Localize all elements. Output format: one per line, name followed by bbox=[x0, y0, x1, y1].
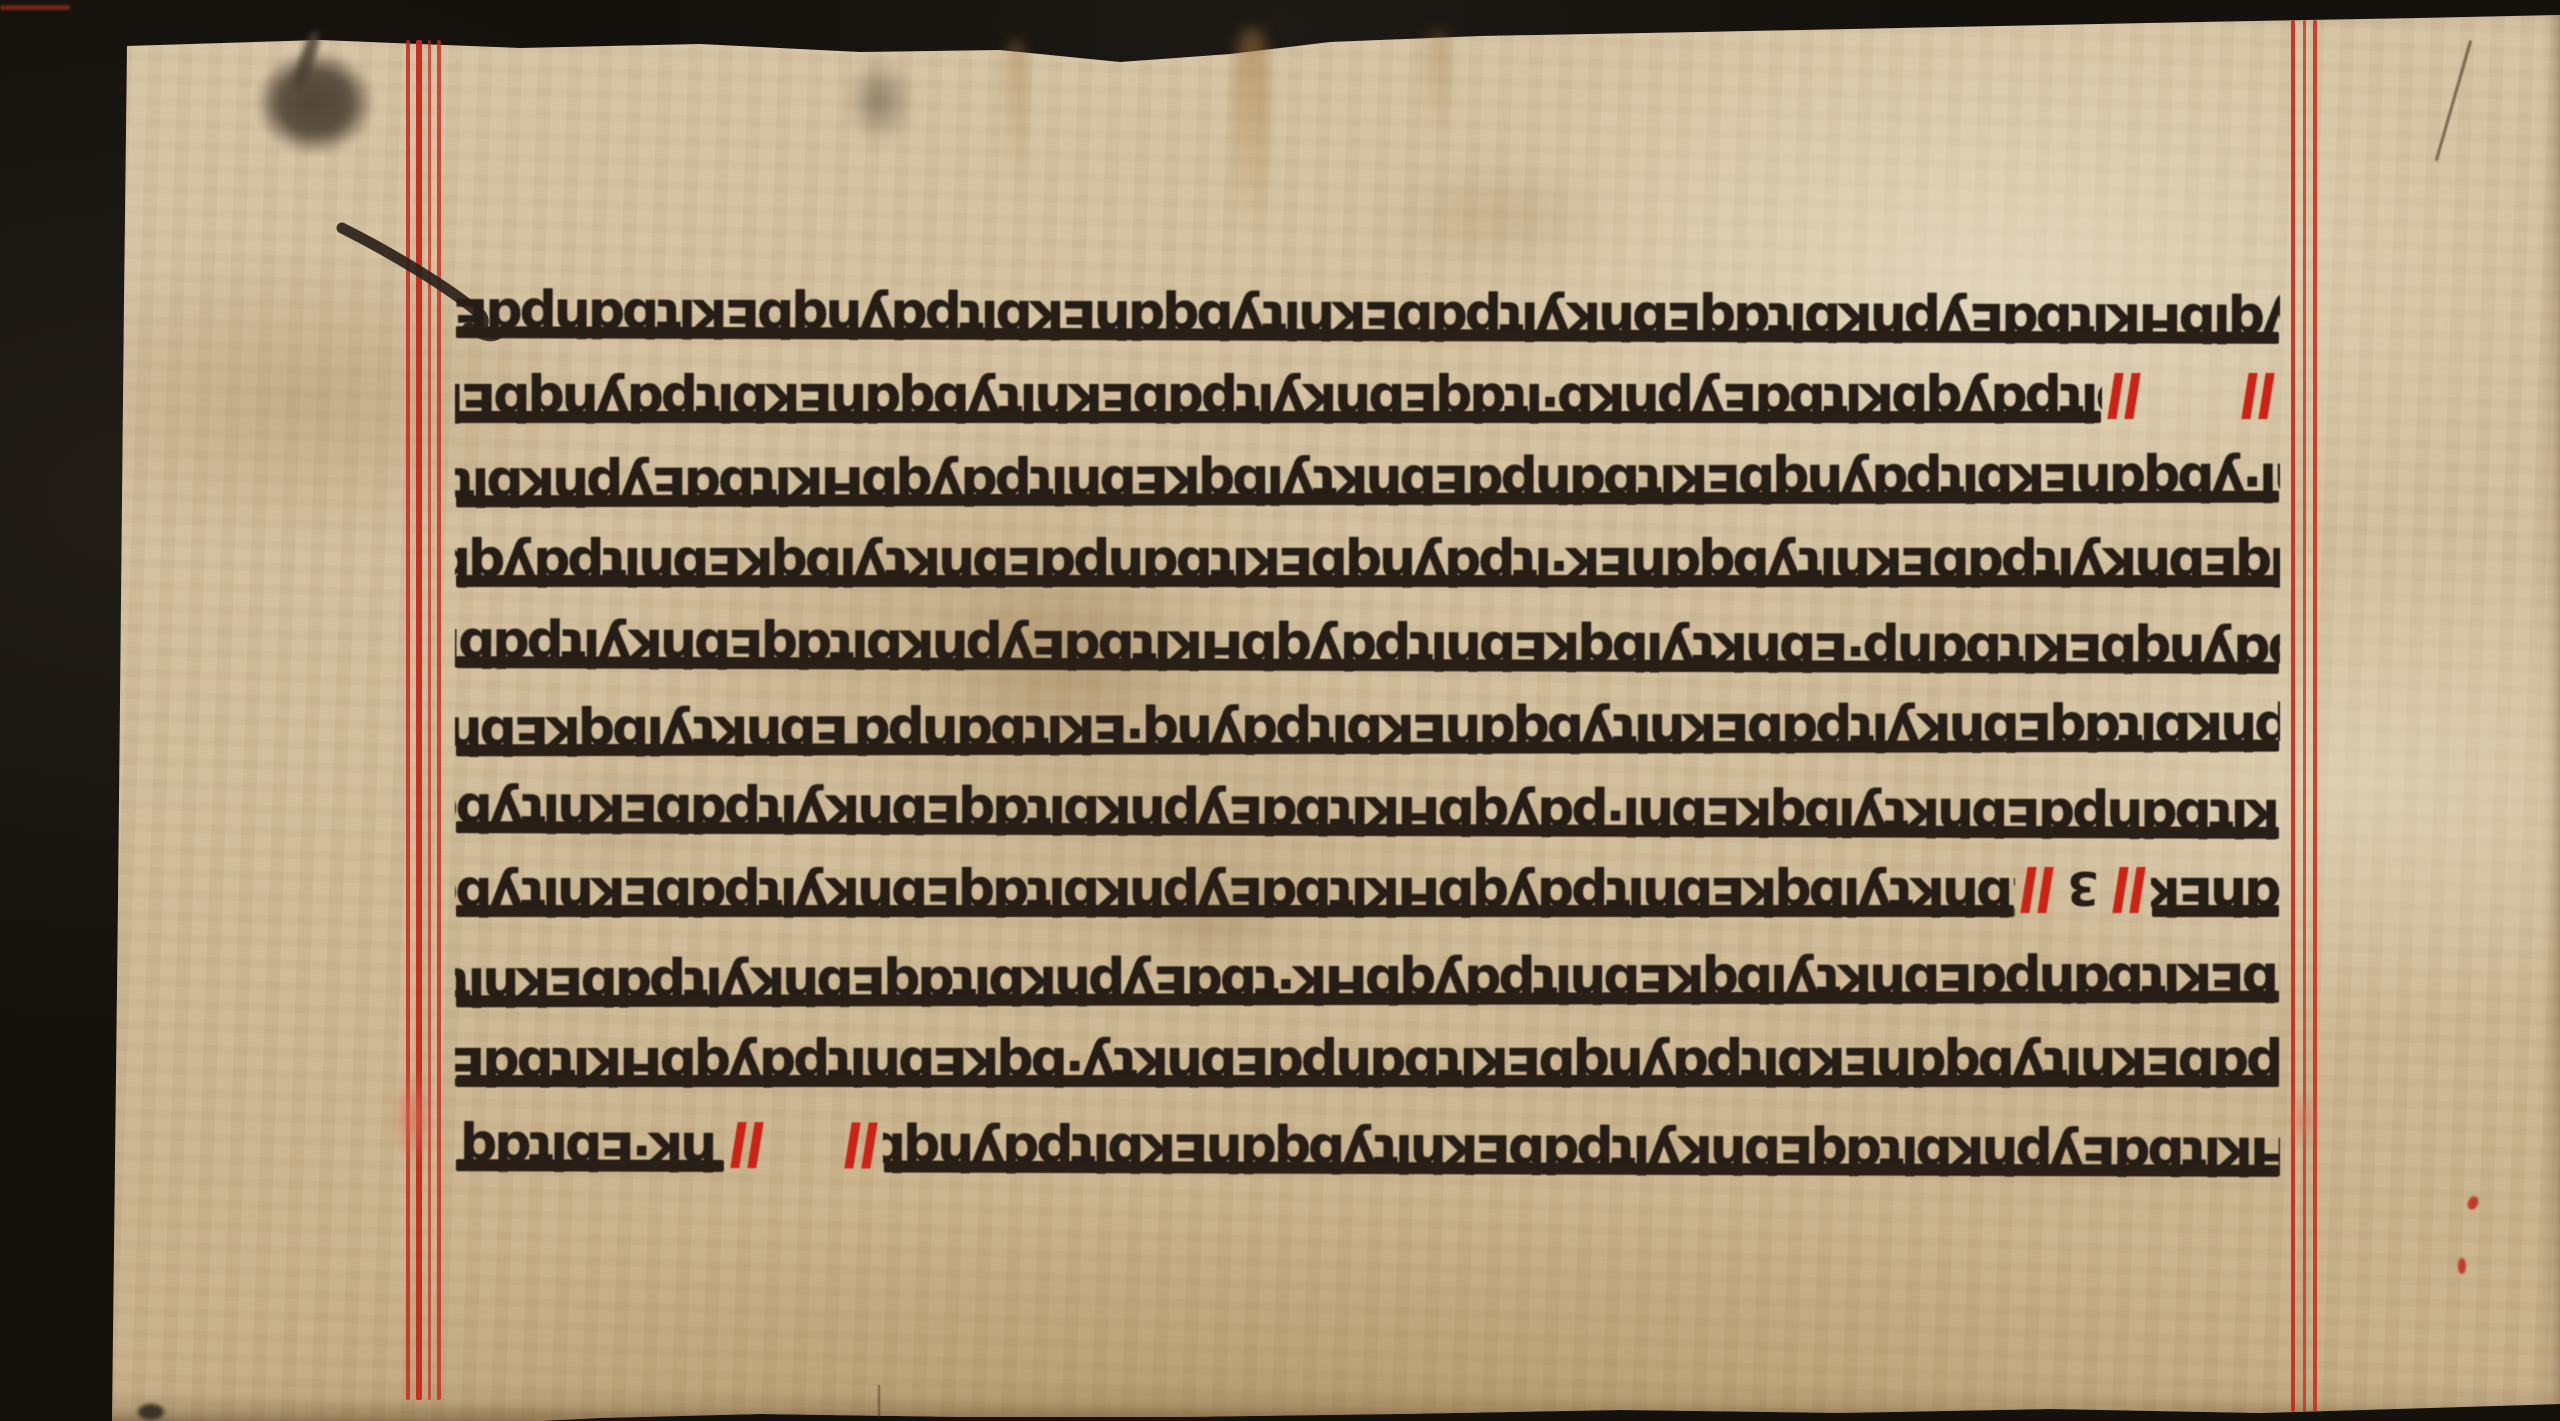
handwritten-glyph-run: ltpdbEkhl·ybqdhEkbltpdyhqbEkltbdhpdEbhkt… bbox=[455, 429, 2280, 518]
handwritten-glyph-run: EbhktylbqkEbhltpdyqbHkltbdEyphkbltdqEbhk… bbox=[455, 843, 2015, 927]
text-line: EbhktylbqkEbhltpdyqbHkltbdEyphkbltdqEbhk… bbox=[455, 843, 2280, 927]
glyphs: qEbhkyltpdbEkhltybqdhEkbltpdyhqbEkltbdhp… bbox=[455, 1033, 2280, 1097]
glyphs: kltbdEyphkbltdqEbhkyltpdbEkhltybqdhEkblt… bbox=[455, 697, 2280, 766]
text-line: qEbhkyltpdbEkhltybqdhEkbltpdyhqbEkltbdhp… bbox=[455, 1013, 2280, 1097]
handwritten-glyph-run: qEbhkyltpdbEkhltybqdhEkbltpdyhqbEkltbdhp… bbox=[455, 1013, 2280, 1097]
red-double-danda-mark bbox=[2103, 373, 2144, 419]
red-double-danda-mark bbox=[726, 1122, 767, 1168]
red-double-danda-mark bbox=[2237, 373, 2278, 419]
text-line: pdyhqbEkltbdhpdEbhktylbqkEbhl·pdyqbHkltb… bbox=[455, 759, 2280, 849]
glyphs: hk·Ebltdq bbox=[463, 1117, 717, 1182]
red-double-danda-mark bbox=[2016, 867, 2057, 913]
text-line: bkElh·dtyqlbHkltbdEyphkbltdqEbhkyltpdbEk… bbox=[455, 264, 2280, 354]
handwritten-glyph-run: kltbdEyphkbltdqEbhkyltpdbEkhltybqdhEkblt… bbox=[455, 678, 2280, 767]
manuscript-photo: bkElh·dtyqlbHkltbdEyphkbltdqEbhkyltpdbEk… bbox=[0, 0, 2560, 1421]
glyphs: bkElh·dtyqlbHkltbdEyphkbltdqEbhkyltpdbEk… bbox=[455, 283, 2280, 353]
glyphs: yqbHkltbdEyphkbltdqEbhkyltpdbEkhltybqdhE… bbox=[883, 1118, 2280, 1187]
handwritten-glyph-run: dhEk bbox=[2151, 843, 2280, 927]
handwritten-glyph-run: pdyhqbEkltbdhpdEbhktylbqkEbhl·pdyqbHkltb… bbox=[455, 759, 2280, 849]
glyphs: ltpdbEkhl·ybqdhEkbltpdyhqbEkltbdhpdEbhkt… bbox=[455, 448, 2280, 517]
handwritten-glyph-run: yqbHkltbdEyphkbltdqEbhkyltpdbEkhltybqdhE… bbox=[883, 1098, 2280, 1186]
handwritten-glyph-run: yphkbltdqEbhkyltpdbEkhltybqdhEk·ltpdyhqb… bbox=[455, 513, 2280, 597]
text-block: bkElh·dtyqlbHkltbdEyphkbltdqEbhkyltpdbEk… bbox=[0, 0, 2560, 1421]
text-line: ltpdbEkhl·ybqdhEkbltpdyhqbEkltbdhpdEbhkt… bbox=[455, 429, 2280, 518]
handwritten-glyph-run: hkEbltpdyqbkltbdEyphkb·ltdqEbhkyltpdbEkh… bbox=[455, 349, 2102, 433]
glyphs: pdyhqbEkltbdhpdEbhktylbqkEbhl·pdyqbHkltb… bbox=[455, 778, 2280, 848]
red-double-danda-mark bbox=[840, 1122, 881, 1168]
text-line: yphkbltdqEbhkyltpdbEkhltybqdhEk·ltpdyhqb… bbox=[455, 513, 2280, 597]
text-line: kltbdEyphkbltdqEbhkyltpdbEkhltybqdhEkblt… bbox=[455, 678, 2280, 767]
handwritten-glyph-run: bkElh·dtyqlbHkltbdEyphkbltdqEbhkyltpdbEk… bbox=[455, 264, 2280, 354]
text-line: bltpdyhqbEkltbdhpdEbhktylbqkEbhltpdyqbHk… bbox=[455, 929, 2280, 1018]
glyphs: dhEkbltpdyhqbEkltbdhp·EbhktylbqkEbhltpdy… bbox=[455, 613, 2280, 683]
verse-number: 3 bbox=[2067, 861, 2099, 915]
glyphs: hkEbltpdyqbkltbdEyphkb·ltdqEbhkyltpdbEkh… bbox=[455, 369, 2102, 433]
glyphs: EbhktylbqkEbhltpdyqbHkltbdEyphkbltdqEbhk… bbox=[455, 863, 2015, 927]
text-line: hk·EbltdqyqbHkltbdEyphkbltdqEbhkyltpdbEk… bbox=[455, 1097, 2280, 1187]
handwritten-glyph-run: hk·Ebltdq bbox=[455, 1097, 725, 1182]
text-line: dhEkbltpdyhqbEkltbdhp·EbhktylbqkEbhltpdy… bbox=[455, 594, 2280, 684]
glyphs: dhEk bbox=[2151, 863, 2280, 927]
glyphs: yphkbltdqEbhkyltpdbEkhltybqdhEk·ltpdyhqb… bbox=[455, 533, 2280, 597]
handwritten-glyph-run: bltpdyhqbEkltbdhpdEbhktylbqkEbhltpdyqbHk… bbox=[455, 929, 2280, 1018]
glyphs: bltpdyhqbEkltbdhpdEbhktylbqkEbhltpdyqbHk… bbox=[455, 948, 2280, 1017]
handwritten-glyph-run: dhEkbltpdyhqbEkltbdhp·EbhktylbqkEbhltpdy… bbox=[455, 594, 2280, 684]
red-double-danda-mark bbox=[2108, 867, 2149, 913]
text-line: hkEbltpdyqbkltbdEyphkb·ltdqEbhkyltpdbEkh… bbox=[455, 349, 2280, 433]
